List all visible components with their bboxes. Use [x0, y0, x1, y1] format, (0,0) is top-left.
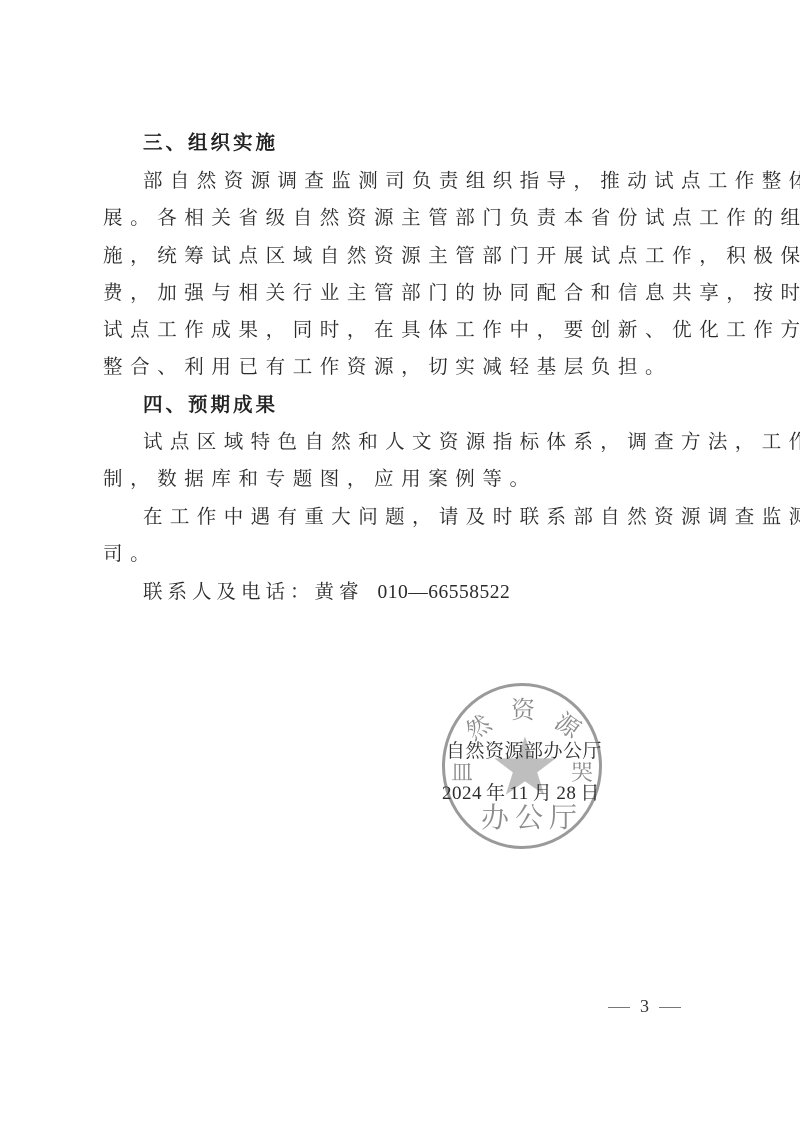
page-number: 3: [598, 996, 691, 1017]
dash-right: [659, 1007, 681, 1008]
section-heading-expected-results: 四、预期成果: [143, 393, 278, 417]
date-month-unit: 月: [533, 782, 553, 804]
date-year-unit: 年: [486, 782, 506, 804]
contact-label: 联系人及电话：黄睿: [143, 580, 364, 603]
paragraph-line: 施，统筹试点区域自然资源主管部门开展试点工作，积极保障经: [103, 244, 693, 268]
seal-char: 资: [511, 690, 535, 725]
date-month: 11: [510, 783, 529, 804]
date-day: 28: [556, 783, 576, 804]
paragraph-line: 试点区域特色自然和人文资源指标体系，调查方法，工作机: [143, 430, 733, 454]
paragraph-line: 制，数据库和专题图，应用案例等。: [103, 467, 693, 491]
paragraph-line: 整合、利用已有工作资源，切实减轻基层负担。: [103, 355, 693, 379]
paragraph-line: 司。: [103, 542, 693, 566]
signing-date: 2024年11月28日: [442, 778, 604, 805]
paragraph-line: 费，加强与相关行业主管部门的协同配合和信息共享，按时提交: [103, 281, 693, 305]
dash-left: [608, 1007, 630, 1008]
official-seal: 然 资 源 皿 哭 办公厅: [442, 683, 602, 849]
paragraph-line: 试点工作成果，同时，在具体工作中，要创新、优化工作方法，: [103, 318, 693, 342]
document-page: 三、组织实施 部自然资源调查监测司负责组织指导，推动试点工作整体开 展。各相关省…: [0, 0, 800, 1133]
section-heading-organization: 三、组织实施: [143, 131, 278, 155]
paragraph-line: 部自然资源调查监测司负责组织指导，推动试点工作整体开: [143, 169, 733, 193]
signing-organization: 自然资源部办公厅: [446, 736, 602, 763]
date-day-unit: 日: [580, 782, 600, 804]
contact-info: 联系人及电话：黄睿010—66558522: [143, 580, 510, 605]
date-year: 2024: [442, 783, 482, 804]
paragraph-line: 在工作中遇有重大问题，请及时联系部自然资源调查监测: [143, 505, 733, 529]
contact-phone: 010—66558522: [378, 582, 511, 603]
paragraph-line: 展。各相关省级自然资源主管部门负责本省份试点工作的组织实: [103, 206, 693, 230]
page-number-value: 3: [640, 996, 649, 1016]
